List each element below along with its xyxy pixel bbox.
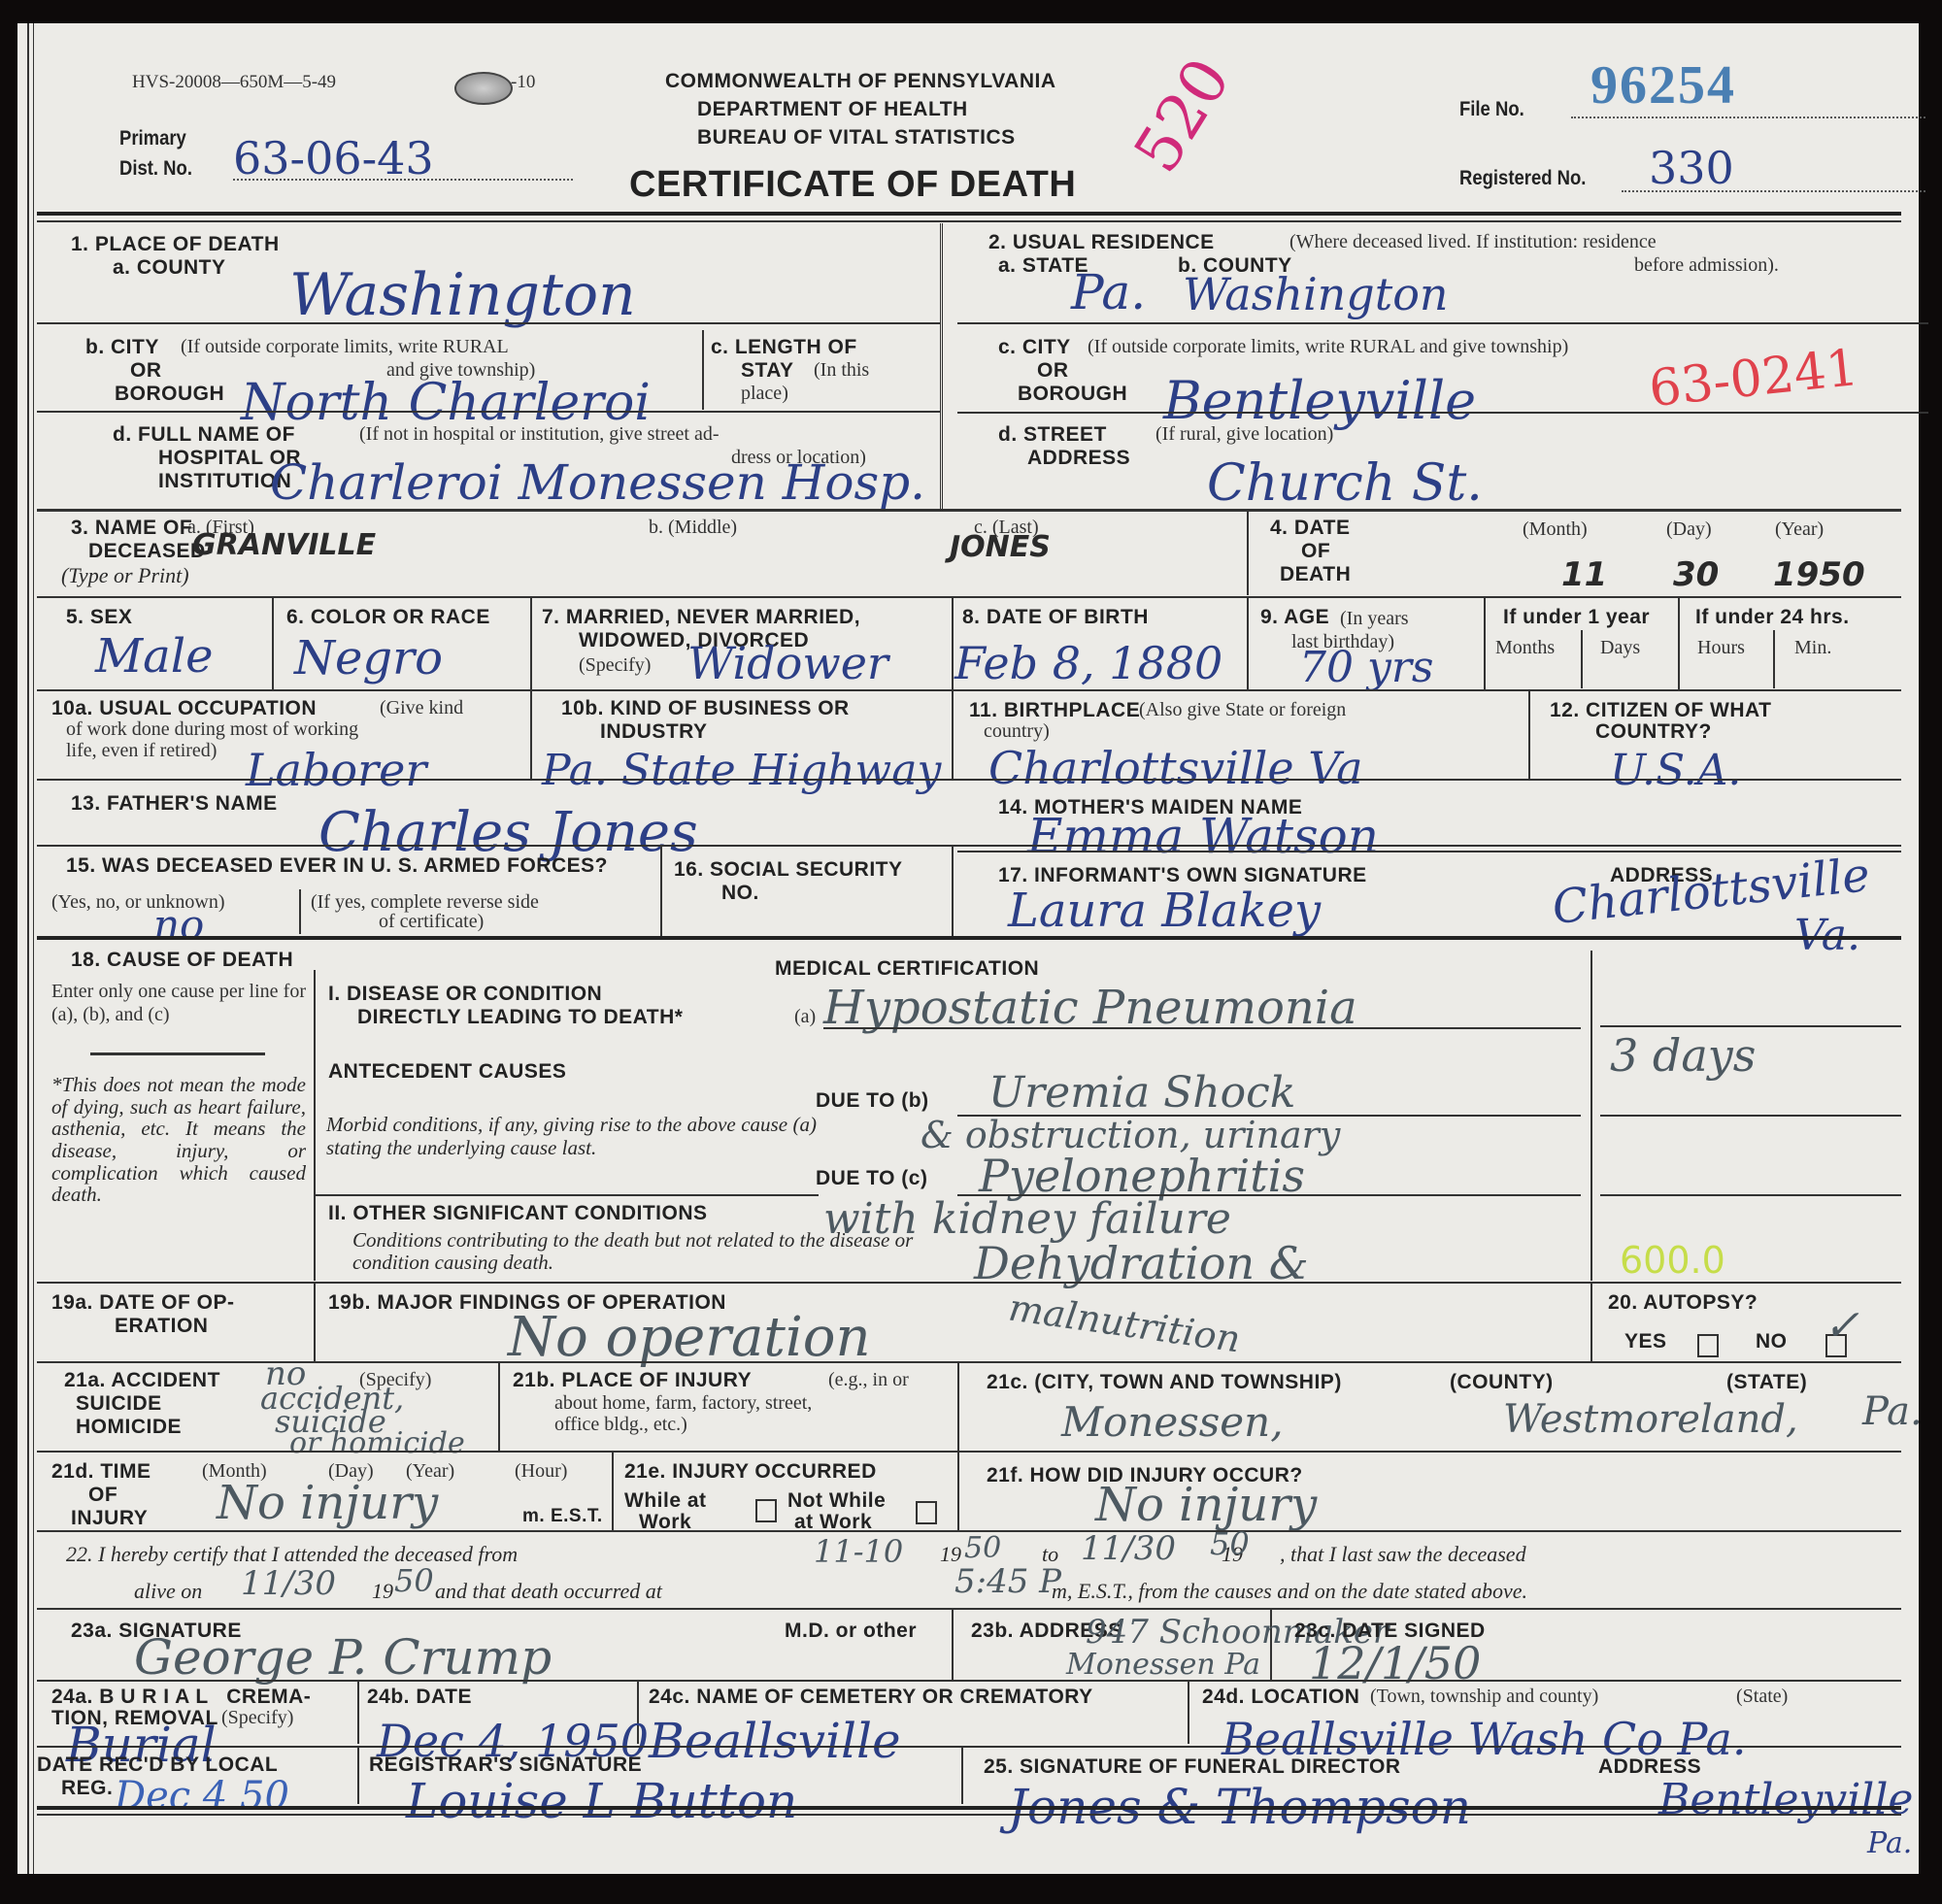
city-or-label: OR xyxy=(130,359,162,382)
operation-date-label-2: ERATION xyxy=(115,1315,208,1337)
dod-year-label: (Year) xyxy=(1775,518,1824,541)
sex-label: 5. SEX xyxy=(66,606,132,628)
business-label: 10b. KIND OF BUSINESS OR xyxy=(561,697,850,719)
occupation-note-2: of work done during most of working xyxy=(66,718,358,741)
attended-from-year: 50 xyxy=(964,1534,1001,1563)
type-or-print-note: (Type or Print) xyxy=(61,563,189,588)
business-value: Pa. State Highway xyxy=(542,750,941,792)
year-prefix-3: 19 xyxy=(372,1579,393,1604)
morbid-conditions-note: Morbid conditions, if any, giving rise t… xyxy=(326,1113,817,1159)
file-no: 96254 xyxy=(1590,54,1736,117)
name-label: 3. NAME OF xyxy=(71,517,192,539)
primary-dist-no: 63-06-43 xyxy=(233,136,434,181)
cemetery-value: Beallsville xyxy=(649,1717,901,1765)
injury-county-label: (COUNTY) xyxy=(1450,1371,1554,1393)
injury-state: Pa. xyxy=(1862,1392,1923,1431)
attended-to-date: 11/30 xyxy=(1081,1532,1176,1565)
date-received-value: Dec 4 50 xyxy=(115,1777,289,1816)
how-injury-value: No injury xyxy=(1095,1482,1317,1528)
cause-c-value: Pyelonephritis xyxy=(979,1153,1305,1198)
coding-note: 600.0 xyxy=(1620,1239,1725,1282)
injury-county: Westmoreland, xyxy=(1503,1400,1798,1439)
alive-on-date: 11/30 xyxy=(241,1567,336,1600)
burial-date-label: 24b. DATE xyxy=(367,1686,472,1708)
place-county: Washington xyxy=(289,266,636,324)
death-certificate: HVS-20008—650M—5-49 -10 COMMONWEALTH OF … xyxy=(17,23,1919,1874)
injury-town: Monessen, xyxy=(1061,1402,1284,1443)
dob-label: 8. DATE OF BIRTH xyxy=(962,606,1149,628)
marital-value: Widower xyxy=(687,641,888,685)
burial-location-label: 24d. LOCATION xyxy=(1202,1686,1359,1708)
father-name: Charles Jones xyxy=(318,806,698,860)
mother-name: Emma Watson xyxy=(1027,812,1379,860)
injury-est-label: m. E.S.T. xyxy=(522,1507,603,1527)
dod-month: 11 xyxy=(1561,555,1607,594)
county-label: a. COUNTY xyxy=(113,256,226,279)
race-value: Negro xyxy=(294,635,443,682)
city-label: b. CITY xyxy=(85,336,159,358)
under-1-year-label: If under 1 year xyxy=(1503,606,1650,628)
birthplace-note: (Also give State or foreign xyxy=(1139,699,1346,721)
city-borough-label: BOROUGH xyxy=(115,383,224,405)
disease-condition-label: I. DISEASE OR CONDITION xyxy=(328,983,602,1005)
dod-death-label: DEATH xyxy=(1280,563,1351,585)
header-commonwealth: COMMONWEALTH OF PENNSYLVANIA xyxy=(665,70,1055,92)
days-label: Days xyxy=(1600,637,1640,659)
accident-label: 21a. ACCIDENT xyxy=(64,1369,220,1391)
cause-footnote: *This does not mean the mode of dying, s… xyxy=(51,1074,306,1206)
registered-no-label: Registered No. xyxy=(1459,167,1586,189)
dod-day-label: (Day) xyxy=(1666,518,1712,541)
suicide-label: SUICIDE xyxy=(76,1392,162,1415)
autopsy-no-label: NO xyxy=(1756,1330,1788,1353)
informant-signature: Laura Blakey xyxy=(1008,887,1321,934)
address-label: ADDRESS xyxy=(1027,447,1130,469)
street-label: d. STREET xyxy=(998,423,1107,446)
time-of-injury-value: No injury xyxy=(217,1480,438,1526)
length-of-stay-label: c. LENGTH OF xyxy=(711,336,857,358)
file-no-label: File No. xyxy=(1459,98,1524,120)
dod-day: 30 xyxy=(1673,555,1719,594)
citizen-label: 12. CITIZEN OF WHAT xyxy=(1550,699,1771,721)
attended-from-date: 11-10 xyxy=(814,1536,903,1567)
death-occurred-label: and that death occurred at xyxy=(435,1579,662,1604)
dod-month-label: (Month) xyxy=(1523,518,1588,541)
alive-on-label: alive on xyxy=(134,1579,202,1604)
header-department: DEPARTMENT OF HEALTH xyxy=(697,98,968,120)
margin-number: 520 xyxy=(1125,49,1241,183)
cause-a-value: Hypostatic Pneumonia xyxy=(823,985,1357,1031)
while-at-work-label: While at xyxy=(624,1489,707,1512)
birthplace-note-2: country) xyxy=(984,720,1050,743)
injury-state-label: (STATE) xyxy=(1726,1371,1807,1393)
residence-city-note: (If outside corporate limits, write RURA… xyxy=(1088,336,1568,358)
alive-on-year: 50 xyxy=(394,1565,434,1596)
other-conditions-value-2: malnutrition xyxy=(1007,1288,1243,1357)
funeral-director-label: 25. SIGNATURE OF FUNERAL DIRECTOR xyxy=(984,1755,1401,1778)
date-received-label: DATE REC'D BY LOCAL xyxy=(37,1754,278,1776)
autopsy-yes-checkbox[interactable] xyxy=(1697,1334,1719,1357)
occupation-value: Laborer xyxy=(246,748,426,792)
page-title: CERTIFICATE OF DEATH xyxy=(629,165,1076,206)
autopsy-no-check-mark: ✓ xyxy=(1824,1305,1859,1348)
directly-leading-label: DIRECTLY LEADING TO DEATH* xyxy=(357,1006,683,1028)
dod-label: 4. DATE xyxy=(1270,517,1350,539)
cause-b-value-2: & obstruction, urinary xyxy=(921,1117,1340,1153)
residence-state: Pa. xyxy=(1071,268,1146,317)
cert-text-3: m, E.S.T., from the causes and on the da… xyxy=(1052,1579,1527,1604)
city-note: (If outside corporate limits, write RURA… xyxy=(181,336,509,358)
armed-forces-note-3: of certificate) xyxy=(379,911,484,933)
place-of-injury-note-2: about home, farm, factory, street, xyxy=(554,1392,812,1415)
street-note: (If rural, give location) xyxy=(1155,423,1333,446)
union-label-icon xyxy=(454,72,513,105)
md-or-other-label: M.D. or other xyxy=(785,1620,917,1642)
burial-specify: (Specify) xyxy=(221,1707,293,1729)
middle-name-label: b. (Middle) xyxy=(649,517,737,539)
occupation-label: 10a. USUAL OCCUPATION xyxy=(51,697,317,719)
interval-a-value: 3 days xyxy=(1610,1033,1756,1078)
autopsy-label: 20. AUTOPSY? xyxy=(1608,1291,1758,1314)
ssn-label: 16. SOCIAL SECURITY xyxy=(674,858,903,881)
due-to-b-label: DUE TO (b) xyxy=(816,1089,929,1112)
dod-year: 1950 xyxy=(1773,555,1865,594)
cemetery-label: 24c. NAME OF CEMETERY OR CREMATORY xyxy=(649,1686,1093,1708)
age-note: (In years xyxy=(1340,608,1409,630)
medical-certification-label: MEDICAL CERTIFICATION xyxy=(775,957,1039,980)
place-of-injury-note-3: office bldg., etc.) xyxy=(554,1414,687,1436)
residence-street: Church St. xyxy=(1207,458,1483,509)
antecedent-causes-label: ANTECEDENT CAUSES xyxy=(328,1060,566,1083)
date-received-reg-label: REG. xyxy=(61,1777,113,1799)
occupation-note: (Give kind xyxy=(380,697,463,719)
place-of-death-label: 1. PLACE OF DEATH xyxy=(71,233,280,255)
time-of-injury-injury: INJURY xyxy=(71,1507,148,1529)
residence-city: Bentleyville xyxy=(1163,375,1476,427)
burial-label: 24a. B U R I A L CREMA- xyxy=(51,1686,311,1708)
first-name: GRANVILLE xyxy=(192,528,376,562)
cert-text-1: 22. I hereby certify that I attended the… xyxy=(66,1542,518,1566)
while-at-work-checkbox[interactable] xyxy=(755,1499,777,1522)
hours-label: Hours xyxy=(1697,637,1745,659)
father-name-label: 13. FATHER'S NAME xyxy=(71,792,278,815)
cause-b-value-1: Uremia Shock xyxy=(988,1072,1295,1115)
primary-label: Primary xyxy=(119,127,186,150)
operation-findings-value: No operation xyxy=(508,1311,871,1365)
occupation-note-3: life, even if retired) xyxy=(66,740,217,762)
usual-residence-note: (Where deceased lived. If institution: r… xyxy=(1289,231,1657,253)
cause-instructions: Enter only one cause per line for (a), (… xyxy=(51,980,306,1026)
form-code-suffix: -10 xyxy=(511,72,535,93)
left-margin-rule xyxy=(27,23,34,1874)
months-label: Months xyxy=(1495,637,1555,659)
birthplace-value: Charlottsville Va xyxy=(988,746,1363,790)
physician-signature: George P. Crump xyxy=(134,1633,552,1682)
sex-value: Male xyxy=(95,633,214,680)
registered-no: 330 xyxy=(1649,146,1734,190)
homicide-label: HOMICIDE xyxy=(76,1416,182,1438)
injury-town-label: 21c. (CITY, TOWN AND TOWNSHIP) xyxy=(987,1371,1342,1393)
cause-a-label: (a) xyxy=(794,1006,816,1028)
physician-address-2: Monessen Pa xyxy=(1066,1651,1260,1680)
marital-label: 7. MARRIED, NEVER MARRIED, xyxy=(542,606,860,628)
birthplace-label: 11. BIRTHPLACE xyxy=(969,699,1140,721)
industry-label: INDUSTRY xyxy=(600,720,708,743)
last-name: JONES xyxy=(950,530,1051,564)
other-conditions-note: Conditions contributing to the death but… xyxy=(352,1229,964,1274)
deceased-label: DECEASED xyxy=(88,540,206,562)
operation-date-label: 19a. DATE OF OP- xyxy=(51,1291,234,1314)
funeral-address-2: Pa. xyxy=(1867,1829,1912,1858)
header-bureau: BUREAU OF VITAL STATISTICS xyxy=(697,126,1016,149)
usual-residence-note-2: before admission). xyxy=(1634,254,1779,277)
injury-hour-label: (Hour) xyxy=(515,1460,567,1483)
min-label: Min. xyxy=(1794,637,1831,659)
stay-label: STAY xyxy=(741,359,794,382)
place-of-injury-label: 21b. PLACE OF INJURY xyxy=(513,1369,752,1391)
dist-no-label: Dist. No. xyxy=(119,157,192,180)
registrar-signature: Louise L Button xyxy=(406,1777,797,1825)
burial-location-note: (Town, township and county) xyxy=(1370,1686,1598,1708)
place-city: North Charleroi xyxy=(241,378,651,428)
citizen-value: U.S.A. xyxy=(1610,750,1741,792)
not-while-at-work-label: Not While xyxy=(787,1489,886,1512)
other-conditions-label: II. OTHER SIGNIFICANT CONDITIONS xyxy=(328,1202,708,1224)
place-of-injury-note: (e.g., in or xyxy=(828,1369,909,1391)
cert-text-2: , that I last saw the deceased xyxy=(1280,1542,1526,1567)
time-of-injury-of: OF xyxy=(88,1484,117,1506)
burial-state-label: (State) xyxy=(1736,1686,1788,1708)
armed-forces-label: 15. WAS DECEASED EVER IN U. S. ARMED FOR… xyxy=(66,854,608,877)
form-code: HVS-20008—650M—5-49 xyxy=(132,72,336,93)
citizen-country-label: COUNTRY? xyxy=(1595,720,1712,743)
due-to-c-label: DUE TO (c) xyxy=(816,1167,927,1189)
autopsy-yes-label: YES xyxy=(1624,1330,1667,1353)
race-label: 6. COLOR OR RACE xyxy=(286,606,490,628)
ssn-no-label: NO. xyxy=(721,882,759,904)
stay-note: (In this xyxy=(814,359,869,382)
age-value: 70 yrs xyxy=(1299,647,1433,689)
age-label: 9. AGE xyxy=(1260,606,1329,628)
residence-or-label: OR xyxy=(1037,359,1069,382)
usual-residence-label: 2. USUAL RESIDENCE xyxy=(988,231,1215,253)
cause-of-death-label: 18. CAUSE OF DEATH xyxy=(71,949,293,971)
under-24-hrs-label: If under 24 hrs. xyxy=(1695,606,1850,628)
marital-specify: (Specify) xyxy=(579,654,651,677)
dob-value: Feb 8, 1880 xyxy=(954,641,1222,685)
place-hospital: Charleroi Monessen Hosp. xyxy=(270,458,925,507)
residence-city-label: c. CITY xyxy=(998,336,1071,358)
attended-to-year: 50 xyxy=(1210,1528,1250,1559)
residence-borough-label: BOROUGH xyxy=(1018,383,1127,405)
other-conditions-value: Dehydration & xyxy=(974,1241,1309,1286)
residence-county: Washington xyxy=(1183,272,1449,317)
accident-value-4: or homicide xyxy=(289,1429,465,1458)
stay-note-2: place) xyxy=(741,383,788,405)
death-time: 5:45 P xyxy=(954,1565,1061,1598)
side-code: 63-0241 xyxy=(1647,343,1860,415)
time-of-injury-label: 21d. TIME xyxy=(51,1460,151,1483)
hospital-label: d. FULL NAME OF xyxy=(113,423,295,446)
not-while-at-work-checkbox[interactable] xyxy=(916,1501,937,1524)
hospital-note: (If not in hospital or institution, give… xyxy=(359,423,720,446)
injury-occurred-label: 21e. INJURY OCCURRED xyxy=(624,1460,877,1483)
dod-of-label: OF xyxy=(1301,540,1330,562)
